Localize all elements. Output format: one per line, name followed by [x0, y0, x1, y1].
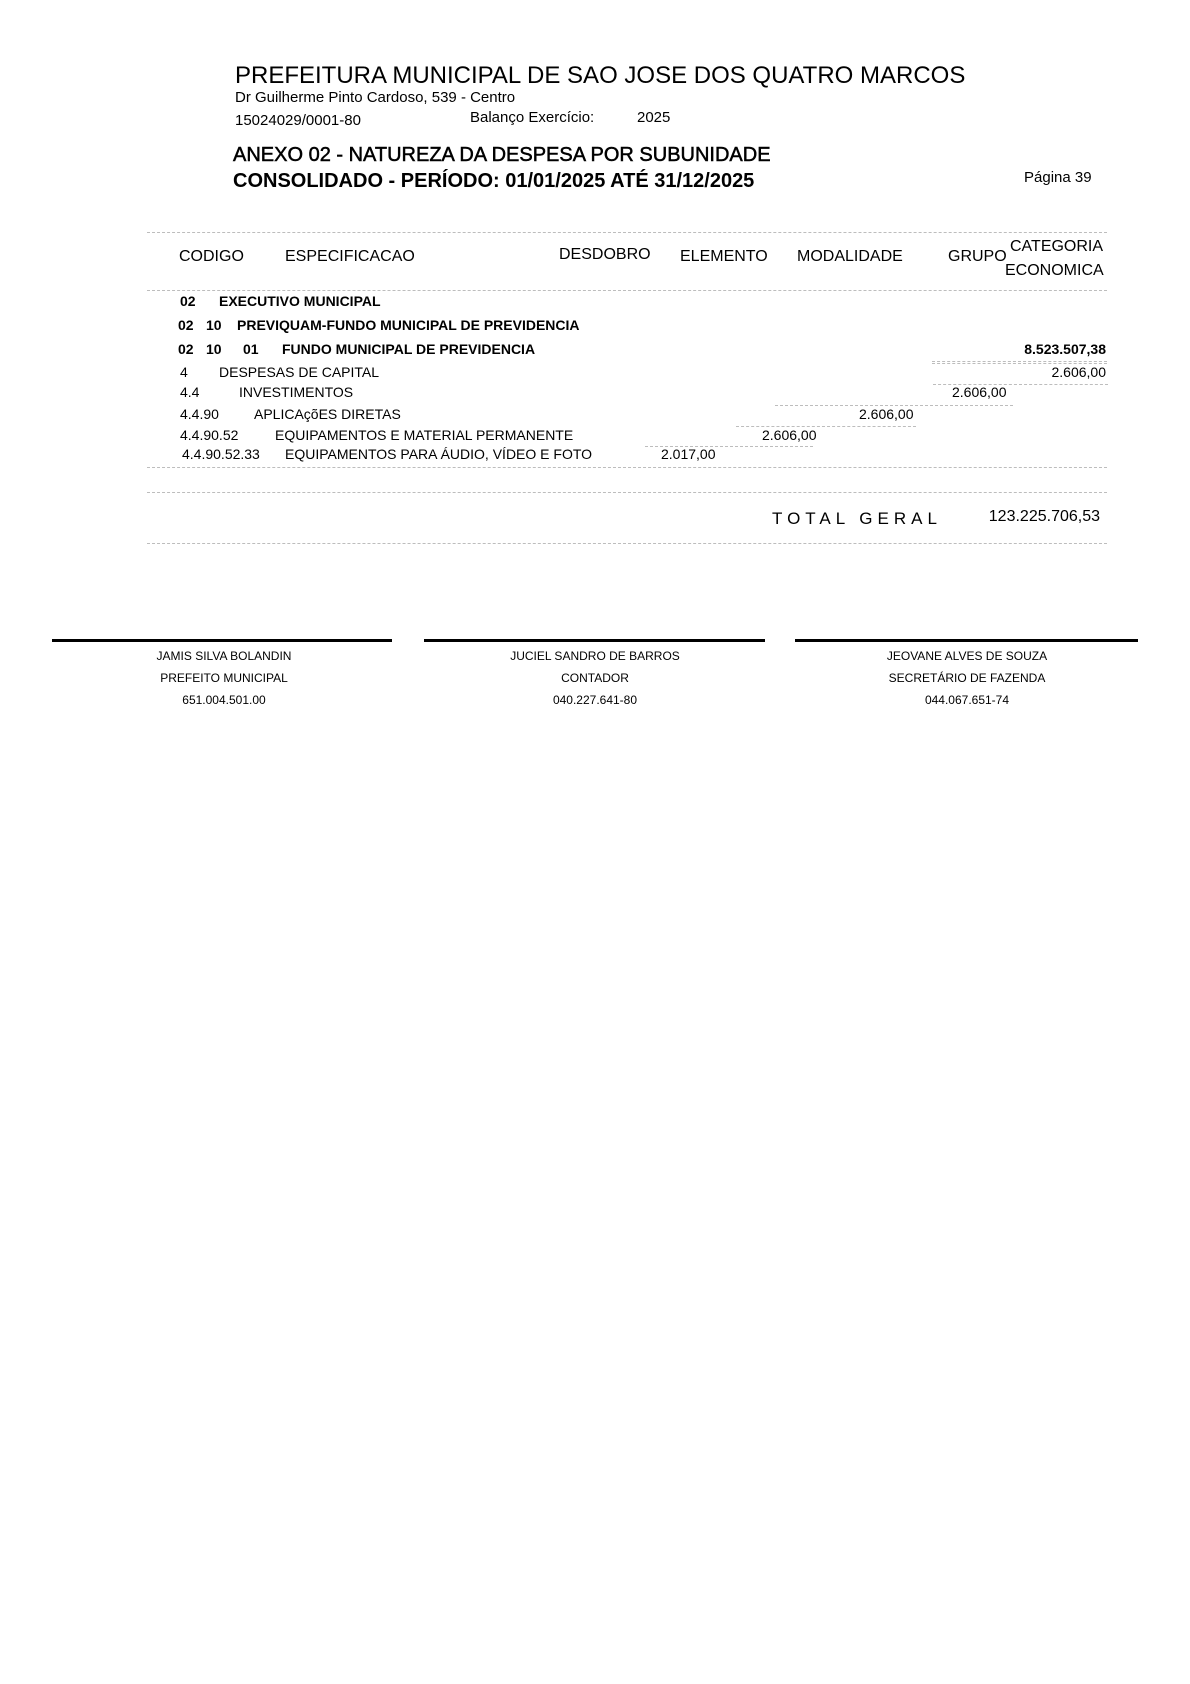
fund-code-3: 01 [243, 341, 259, 357]
institution-address: Dr Guilherme Pinto Cardoso, 539 - Centro [235, 89, 515, 106]
row-code: 4.4.90.52.33 [182, 446, 260, 462]
subunit-code-2: 10 [206, 317, 222, 333]
signature-role: PREFEITO MUNICIPAL [54, 671, 394, 685]
fund-code-1: 02 [178, 341, 194, 357]
unit-code: 02 [180, 293, 196, 309]
row-value-desdobro: 2.017,00 [661, 446, 716, 462]
row-value-modalidade: 2.606,00 [859, 406, 914, 422]
signature-role: CONTADOR [425, 671, 765, 685]
row-value-categoria: 2.606,00 [1052, 364, 1107, 380]
total-label: TOTAL GERAL [772, 509, 942, 529]
col-categoria: CATEGORIA [1010, 238, 1103, 256]
signature-role: SECRETÁRIO DE FAZENDA [797, 671, 1137, 685]
row-desc: EQUIPAMENTOS E MATERIAL PERMANENTE [275, 427, 573, 443]
col-especificacao: ESPECIFICACAO [285, 248, 415, 266]
divider [932, 361, 1107, 362]
page-number: Página 39 [1024, 169, 1092, 186]
report-title: ANEXO 02 - NATUREZA DA DESPESA POR SUBUN… [233, 144, 771, 167]
signature-id: 040.227.641-80 [425, 693, 765, 707]
divider [147, 467, 1107, 468]
row-desc: EQUIPAMENTOS PARA ÁUDIO, VÍDEO E FOTO [285, 446, 592, 462]
signature-line [424, 639, 765, 642]
col-economica: ECONOMICA [1005, 262, 1104, 280]
row-code: 4 [180, 364, 188, 380]
institution-title: PREFEITURA MUNICIPAL DE SAO JOSE DOS QUA… [235, 62, 965, 90]
unit-name: EXECUTIVO MUNICIPAL [219, 293, 381, 309]
row-desc: DESPESAS DE CAPITAL [219, 364, 379, 380]
exercise-year: 2025 [637, 109, 670, 126]
row-code: 4.4.90 [180, 406, 219, 422]
signature-id: 044.067.651-74 [797, 693, 1137, 707]
row-desc: APLICAçõES DIRETAS [254, 406, 401, 422]
col-modalidade: MODALIDADE [797, 248, 903, 266]
divider [147, 232, 1107, 233]
fund-code-2: 10 [206, 341, 222, 357]
subunit-code-1: 02 [178, 317, 194, 333]
report-period: CONSOLIDADO - PERÍODO: 01/01/2025 ATÉ 31… [233, 170, 754, 193]
row-code: 4.4.90.52 [180, 427, 238, 443]
signature-name: JEOVANE ALVES DE SOUZA [797, 649, 1137, 663]
signature-name: JUCIEL SANDRO DE BARROS [425, 649, 765, 663]
fund-value: 8.523.507,38 [1024, 341, 1106, 357]
divider [147, 543, 1107, 544]
row-desc: INVESTIMENTOS [239, 384, 353, 400]
signature-line [795, 639, 1138, 642]
row-value-elemento: 2.606,00 [762, 427, 817, 443]
col-codigo: CODIGO [179, 248, 244, 266]
subunit-name: PREVIQUAM-FUNDO MUNICIPAL DE PREVIDENCIA [237, 317, 580, 333]
signature-name: JAMIS SILVA BOLANDIN [54, 649, 394, 663]
total-value: 123.225.706,53 [989, 508, 1100, 526]
signature-line [52, 639, 392, 642]
divider [147, 492, 1107, 493]
divider [147, 290, 1107, 291]
fund-name: FUNDO MUNICIPAL DE PREVIDENCIA [282, 341, 535, 357]
exercise-label: Balanço Exercício: [470, 109, 594, 126]
row-value-grupo: 2.606,00 [952, 384, 1007, 400]
institution-cnpj: 15024029/0001-80 [235, 112, 361, 129]
col-desdobro: DESDOBRO [559, 246, 651, 264]
signature-id: 651.004.501.00 [54, 693, 394, 707]
col-elemento: ELEMENTO [680, 248, 768, 266]
row-code: 4.4 [180, 384, 199, 400]
col-grupo: GRUPO [948, 248, 1007, 266]
